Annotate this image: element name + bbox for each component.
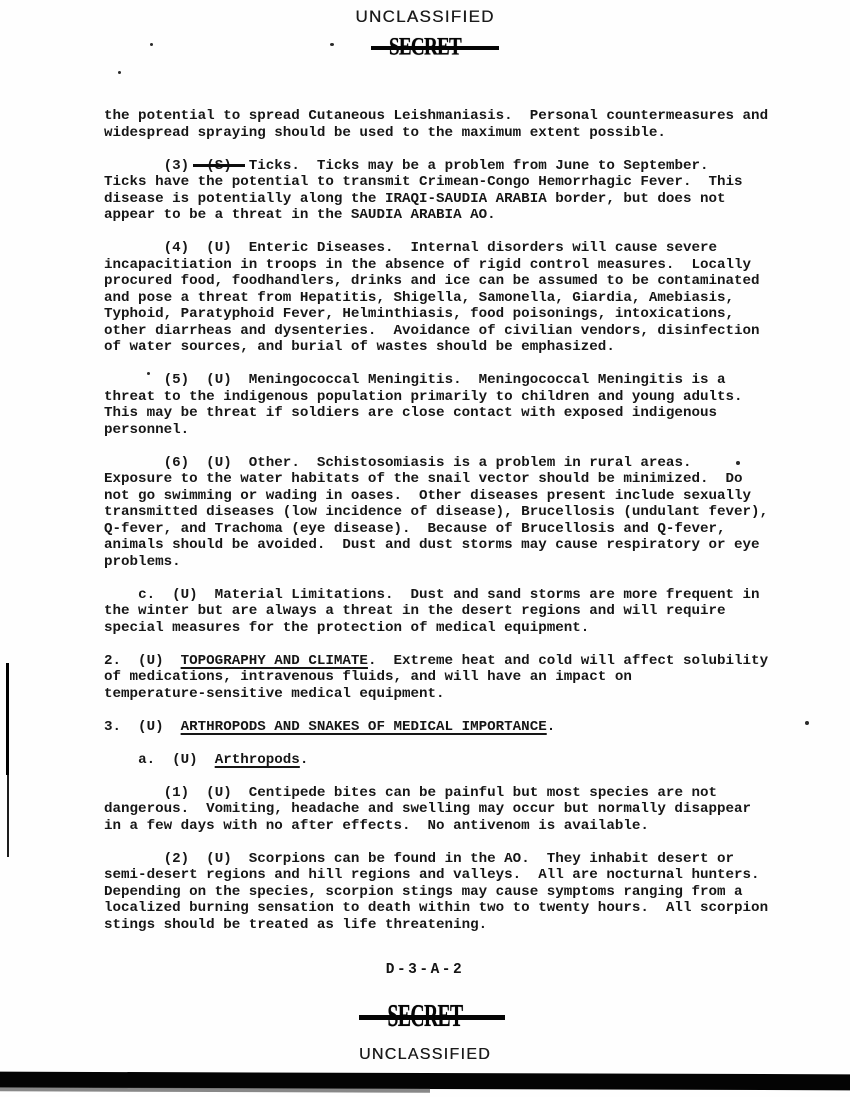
text-run: 2. (U) bbox=[104, 653, 181, 669]
text-run-underline: TOPOGRAPHY AND CLIMATE bbox=[181, 653, 368, 669]
paragraph: (1) (U) Centipede bites can be painful b… bbox=[104, 785, 814, 835]
page-number: D-3-A-2 bbox=[0, 962, 850, 978]
classification-footer: UNCLASSIFIED bbox=[0, 1046, 850, 1064]
text-run: the potential to spread Cutaneous Leishm… bbox=[104, 108, 768, 141]
text-run: 3. (U) bbox=[104, 719, 181, 735]
paragraph: (4) (U) Enteric Diseases. Internal disor… bbox=[104, 240, 814, 356]
scan-speck bbox=[118, 71, 121, 74]
text-run-underline: Arthropods bbox=[215, 752, 300, 768]
stamp-text: SECRET bbox=[389, 32, 461, 61]
paragraph: (6) (U) Other. Schistosomiasis is a prob… bbox=[104, 455, 814, 571]
classification-header: UNCLASSIFIED bbox=[0, 7, 850, 27]
paragraph: a. (U) Arthropods. bbox=[104, 752, 814, 769]
scan-speck bbox=[330, 43, 334, 46]
text-run: . bbox=[547, 719, 556, 735]
text-run: (2) (U) Scorpions can be found in the AO… bbox=[104, 851, 768, 933]
paragraph: (3) (S) Ticks. Ticks may be a problem fr… bbox=[104, 158, 814, 224]
text-run: (5) (U) Meningococcal Meningitis. Mening… bbox=[104, 372, 743, 438]
paragraph: c. (U) Material Limitations. Dust and sa… bbox=[104, 587, 814, 637]
stamp-text: SECRET bbox=[387, 998, 462, 1035]
secret-stamp-top: SECRET bbox=[0, 31, 850, 63]
text-run: . bbox=[300, 752, 309, 768]
text-run-underline: ARTHROPODS AND SNAKES OF MEDICAL IMPORTA… bbox=[181, 719, 547, 735]
paragraph: 3. (U) ARTHROPODS AND SNAKES OF MEDICAL … bbox=[104, 719, 814, 736]
scan-speck bbox=[736, 461, 740, 465]
text-run: c. (U) Material Limitations. Dust and sa… bbox=[104, 587, 760, 636]
text-run: (4) (U) Enteric Diseases. Internal disor… bbox=[104, 240, 760, 355]
text-run: a. (U) bbox=[104, 752, 215, 768]
scan-speck bbox=[150, 43, 153, 46]
text-run: (6) (U) Other. Schistosomiasis is a prob… bbox=[104, 455, 768, 570]
secret-stamp-bottom: SECRET bbox=[0, 996, 850, 1036]
scan-streak-left bbox=[6, 663, 9, 775]
text-run: (1) (U) Centipede bites can be painful b… bbox=[104, 785, 751, 834]
paragraph: (2) (U) Scorpions can be found in the AO… bbox=[104, 851, 814, 934]
text-run: (3) bbox=[104, 158, 206, 174]
document-body: the potential to spread Cutaneous Leishm… bbox=[104, 108, 814, 950]
scan-streak-left bbox=[7, 775, 9, 857]
text-run-strike: (S) bbox=[206, 158, 232, 174]
scan-speck bbox=[147, 372, 150, 375]
paragraph: the potential to spread Cutaneous Leishm… bbox=[104, 108, 814, 141]
document-page: UNCLASSIFIED SECRET the potential to spr… bbox=[0, 0, 850, 1097]
scan-speck bbox=[805, 721, 809, 725]
paragraph: (5) (U) Meningococcal Meningitis. Mening… bbox=[104, 372, 814, 438]
scan-bar-shadow bbox=[0, 1087, 430, 1093]
paragraph: 2. (U) TOPOGRAPHY AND CLIMATE. Extreme h… bbox=[104, 653, 814, 703]
